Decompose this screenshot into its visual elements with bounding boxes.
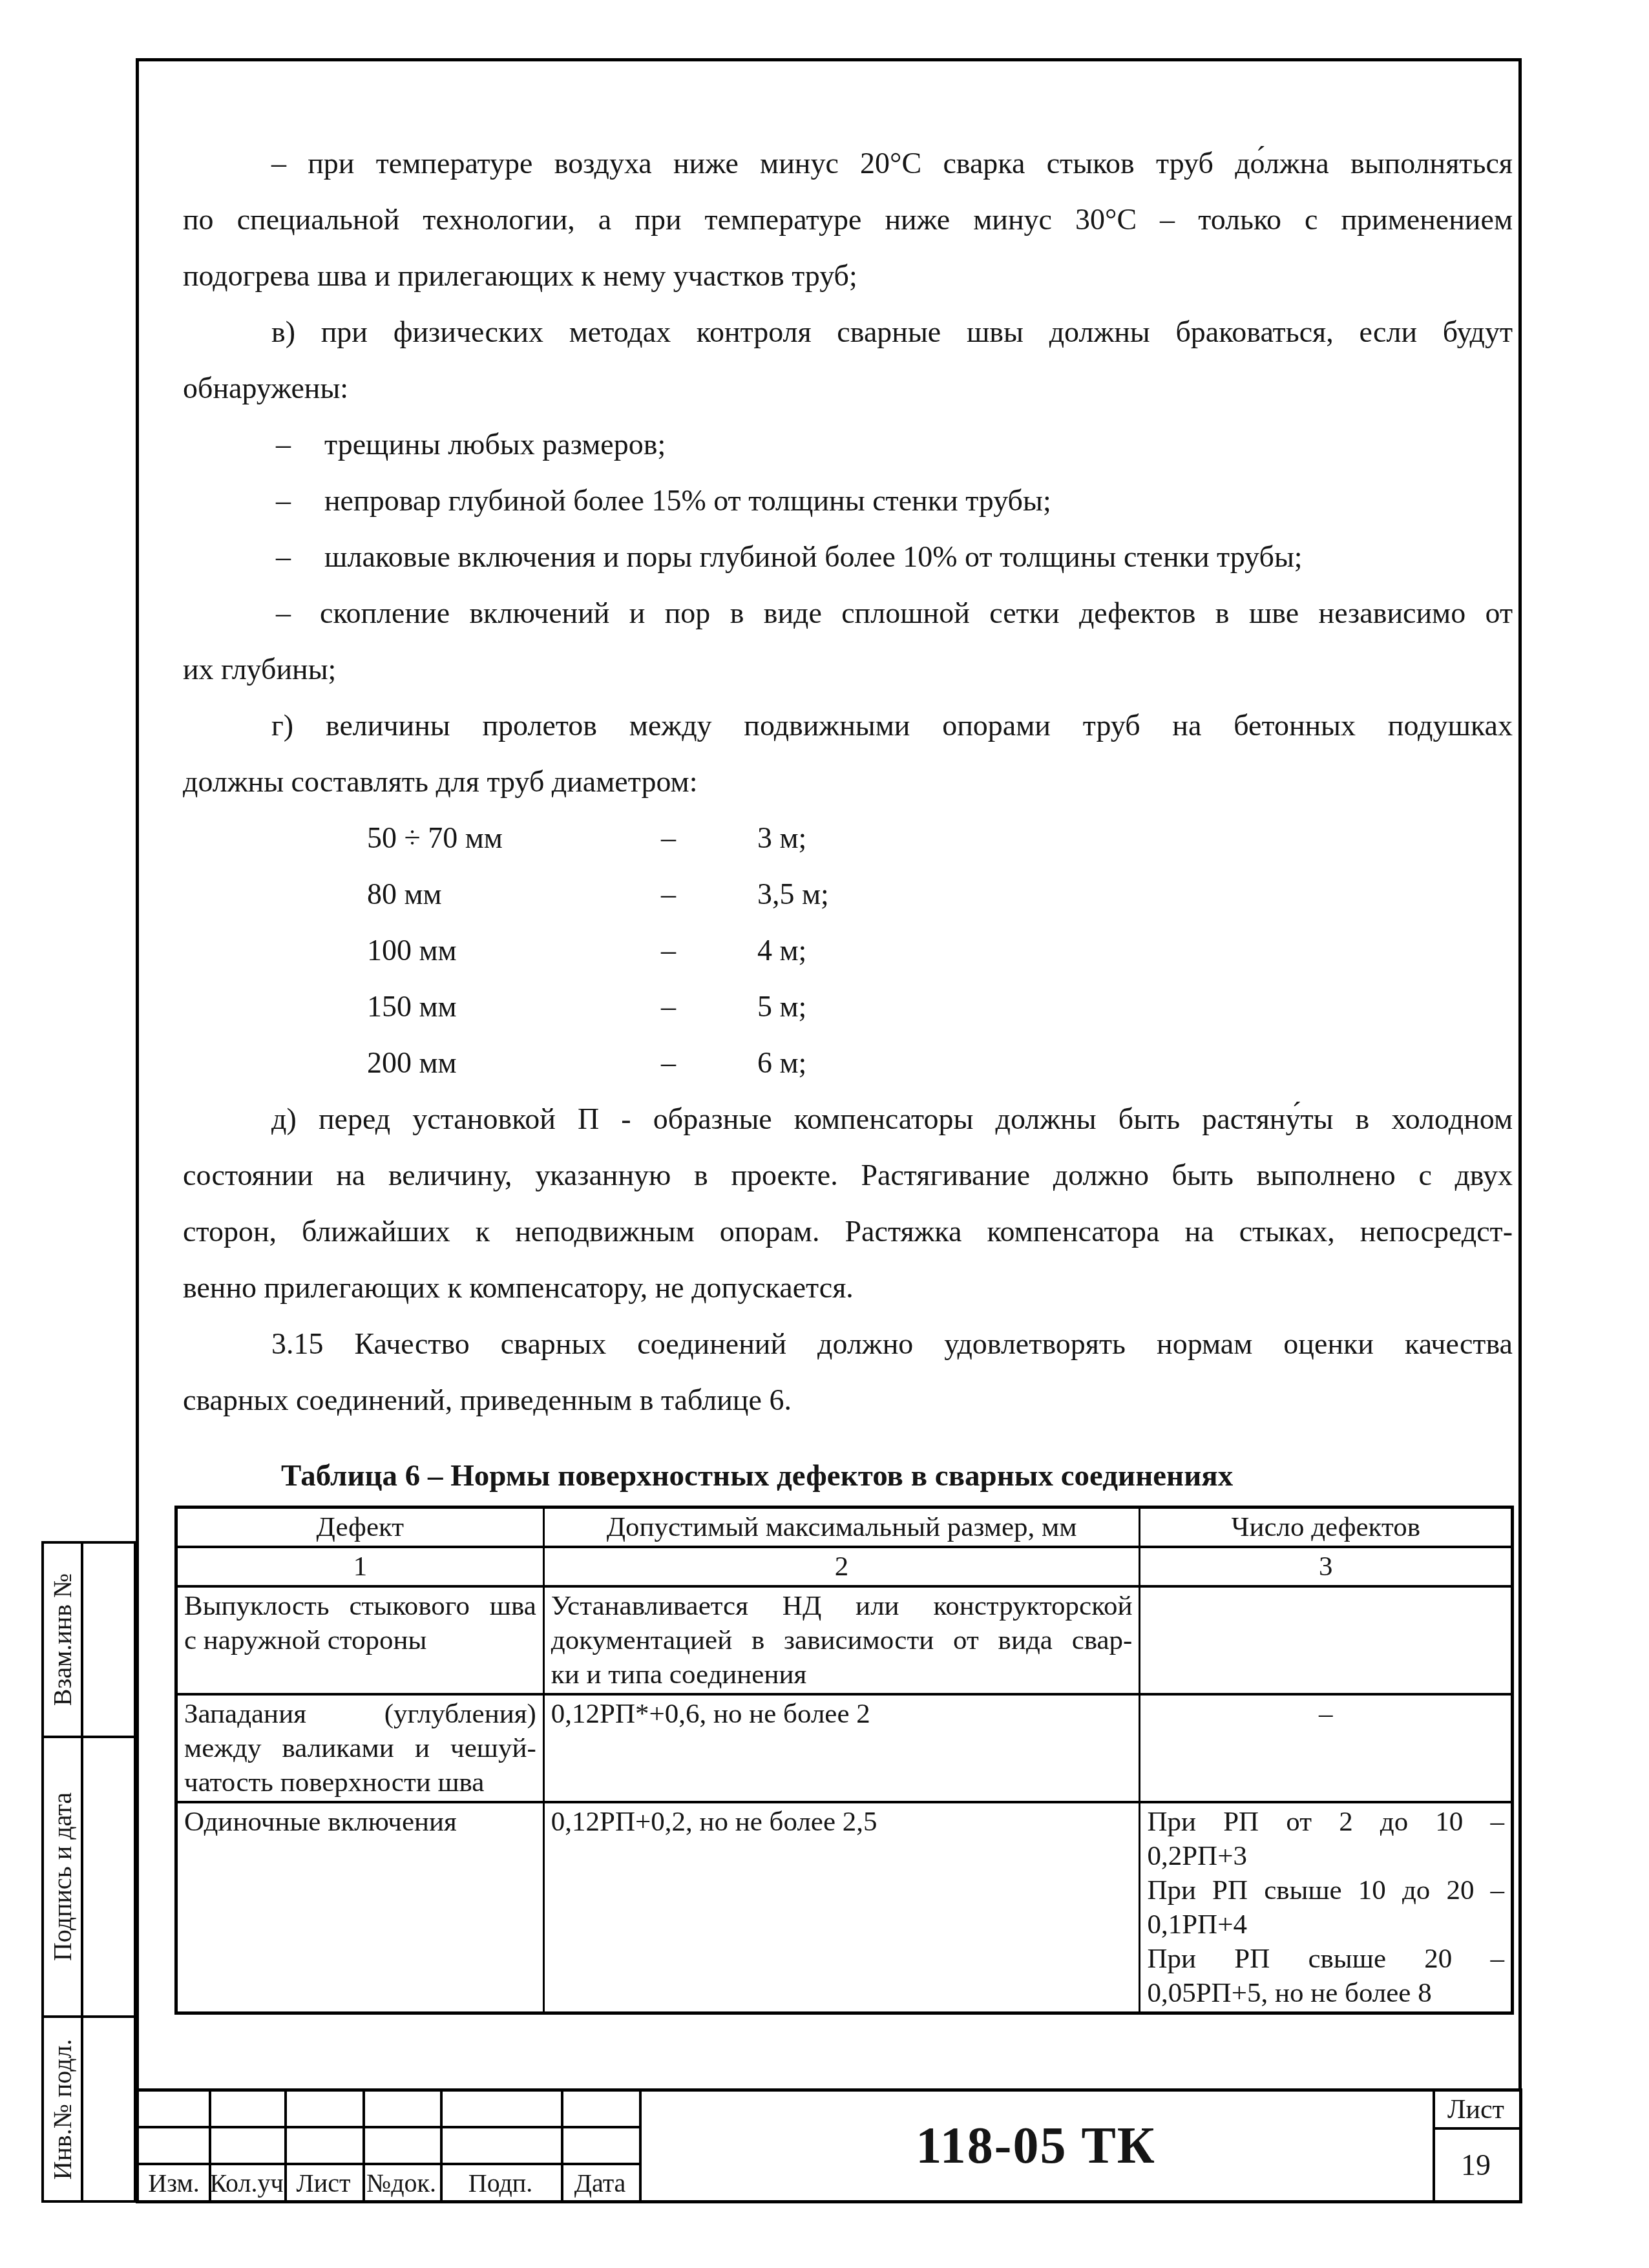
divider [139, 2126, 639, 2128]
cell-line: 0,1РП+4 [1147, 1907, 1504, 1942]
list-dash: – [276, 472, 291, 529]
paragraph-line: – при температуре воздуха ниже минус 20°… [183, 135, 1513, 191]
cell-line: При РП свыше 10 до 20 – [1147, 1873, 1504, 1907]
titleblock-label-podp: Подп. [440, 2165, 561, 2200]
diameter-dash: – [661, 922, 676, 978]
document-page: – при температуре воздуха ниже минус 20°… [0, 0, 1649, 2268]
cell-line: 0,2РП+3 [1147, 1839, 1504, 1873]
diameter-label: 80 мм [367, 866, 442, 922]
diameter-row: 200 мм – 6 м; [183, 1034, 1513, 1091]
diameter-label: 100 мм [367, 922, 457, 978]
paragraph-line: состоянии на величину, указанную в проек… [183, 1147, 1513, 1203]
paragraph-line: 3.15 Качество сварных соединений должно … [183, 1316, 1513, 1372]
paragraph-line: должны составлять для труб диаметром: [183, 753, 1513, 810]
diameter-value: 3,5 м; [757, 866, 829, 922]
document-number: 118-05 ТК [639, 2092, 1433, 2200]
sidebar-label: Подпись и дата [47, 1792, 78, 1961]
cell-line: 0,05РП+5, но не более 8 [1147, 1976, 1504, 2010]
diameter-row: 50 ÷ 70 мм – 3 м; [183, 810, 1513, 866]
column-number: 3 [1140, 1547, 1513, 1586]
paragraph-line: сторон, ближайших к неподвижным опорам. … [183, 1203, 1513, 1259]
column-number: 1 [176, 1547, 544, 1586]
body-text: – при температуре воздуха ниже минус 20°… [183, 135, 1513, 1504]
table-row: Западания (углубления) между валиками и … [176, 1694, 1513, 1802]
titleblock-label-koluch: Кол.уч [209, 2165, 284, 2200]
list-item: –трещины любых размеров; [183, 416, 1513, 472]
table-row: Одиночные включения 0,12РП+0,2, но не бо… [176, 1802, 1513, 2013]
diameter-value: 4 м; [757, 922, 806, 978]
cell-line: При РП свыше 20 – [1147, 1942, 1504, 1976]
sheet-label: Лист [1433, 2092, 1519, 2127]
table-header-defect: Дефект [176, 1507, 544, 1548]
cell-line: При РП от 2 до 10 – [1147, 1805, 1504, 1839]
titleblock-label-izm: Изм. [139, 2165, 209, 2200]
cell-line: ки и типа соединения [551, 1657, 1133, 1692]
diameter-dash: – [661, 978, 676, 1034]
list-item-continuation: их глубины; [183, 641, 1513, 697]
cell-dash: – [1147, 1697, 1504, 1731]
sheet-number: 19 [1433, 2130, 1519, 2200]
title-block: Изм. Кол.уч Лист №док. Подп. Дата 118-05… [136, 2088, 1522, 2203]
diameter-row: 80 мм – 3,5 м; [183, 866, 1513, 922]
list-item-text: непровар глубиной более 15% от толщины с… [324, 484, 1051, 517]
diameter-label: 150 мм [367, 978, 457, 1034]
cell-line: Устанавливается НД или конструкторской [551, 1589, 1133, 1623]
cell-line: между валиками и чешуй- [184, 1731, 536, 1765]
list-item: –скопление включений и пор в виде сплошн… [183, 585, 1513, 641]
table-title: Таблица 6 – Нормы поверхностных дефектов… [183, 1448, 1513, 1504]
paragraph-line: г) величины пролетов между подвижными оп… [183, 697, 1513, 753]
list-dash: – [276, 416, 291, 472]
divider [81, 1544, 83, 2200]
list-dash: – [276, 596, 291, 629]
table-header-max-size: Допустимый максимальный размер, мм [543, 1507, 1140, 1548]
paragraph-line: в) при физических методах контроля сварн… [183, 304, 1513, 360]
paragraph-line: сварных соединений, приведенным в таблиц… [183, 1372, 1513, 1428]
defects-table: Дефект Допустимый максимальный размер, м… [174, 1506, 1514, 2015]
titleblock-label-nodok: №док. [362, 2165, 440, 2200]
cell-line: Одиночные включения [184, 1805, 536, 1839]
cell-line: с наружной стороны [184, 1623, 536, 1657]
cell-line: Западания (углубления) [184, 1697, 536, 1731]
titleblock-label-list: Лист [284, 2165, 362, 2200]
cell-line: чатость поверхности шва [184, 1765, 536, 1800]
list-item-text: трещины любых размеров; [324, 428, 666, 461]
paragraph-line: д) перед установкой П - образные компенс… [183, 1091, 1513, 1147]
left-stamp-sidebar: Взам.инв № Подпись и дата Инв.№ подл. [41, 1541, 136, 2203]
paragraph-line: венно прилегающих к компенсатору, не доп… [183, 1259, 1513, 1316]
empty-cell [1140, 1586, 1513, 1694]
diameter-value: 6 м; [757, 1034, 806, 1091]
table-header-count: Число дефектов [1140, 1507, 1513, 1548]
cell-line: документацией в зависимости от вида свар… [551, 1623, 1133, 1657]
sidebar-cell-podpis-data: Подпись и дата [44, 1738, 81, 2015]
diameter-value: 3 м; [757, 810, 806, 866]
paragraph-line: подогрева шва и прилегающих к нему участ… [183, 247, 1513, 304]
diameter-dash: – [661, 810, 676, 866]
table-row: Выпуклость стыкового шва с наружной стор… [176, 1586, 1513, 1694]
sidebar-cell-inv-podl: Инв.№ подл. [44, 2018, 81, 2200]
diameter-label: 200 мм [367, 1034, 457, 1091]
list-item-text: шлаковые включения и поры глубиной более… [324, 540, 1303, 573]
cell-line: Выпуклость стыкового шва [184, 1589, 536, 1623]
diameter-dash: – [661, 1034, 676, 1091]
list-item-text: скопление включений и пор в виде сплошно… [320, 596, 1513, 629]
sidebar-label: Инв.№ подл. [47, 2039, 78, 2179]
titleblock-label-data: Дата [561, 2165, 639, 2200]
paragraph-line: обнаружены: [183, 360, 1513, 416]
diameter-value: 5 м; [757, 978, 806, 1034]
paragraph-line: по специальной технологии, а при темпера… [183, 191, 1513, 247]
sidebar-label: Взам.инв № [47, 1573, 78, 1706]
diameter-row: 100 мм – 4 м; [183, 922, 1513, 978]
cell-line: 0,12РП+0,2, но не более 2,5 [551, 1805, 1133, 1839]
list-dash: – [276, 529, 291, 585]
diameter-label: 50 ÷ 70 мм [367, 810, 503, 866]
diameter-row: 150 мм – 5 м; [183, 978, 1513, 1034]
diameter-dash: – [661, 866, 676, 922]
cell-line: 0,12РП*+0,6, но не более 2 [551, 1697, 1133, 1731]
column-number: 2 [543, 1547, 1140, 1586]
list-item: –непровар глубиной более 15% от толщины … [183, 472, 1513, 529]
list-item: –шлаковые включения и поры глубиной боле… [183, 529, 1513, 585]
sidebar-cell-vzam-inv: Взам.инв № [44, 1544, 81, 1736]
